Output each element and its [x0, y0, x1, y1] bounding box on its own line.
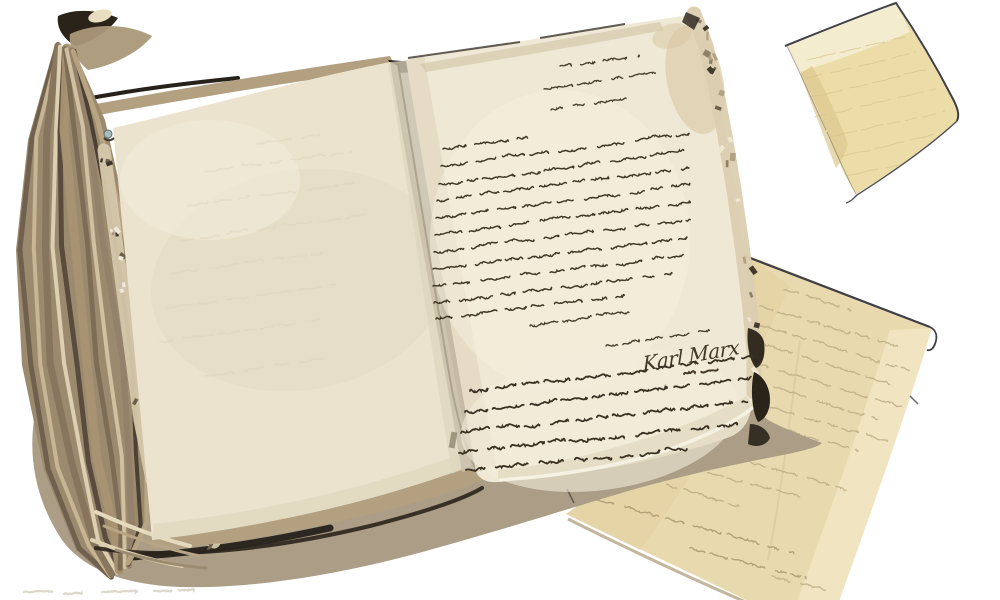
speck [122, 282, 126, 287]
left-page-highlight [120, 120, 300, 240]
illustration-stage: Karl Marx [0, 0, 1000, 600]
right-page-center-light [430, 90, 690, 390]
speck [706, 31, 708, 40]
speck [110, 229, 112, 232]
speck [726, 160, 729, 167]
karl-marx-letter-illustration: Karl Marx [0, 0, 1000, 600]
speck [730, 153, 736, 161]
pin-mark [104, 130, 112, 138]
